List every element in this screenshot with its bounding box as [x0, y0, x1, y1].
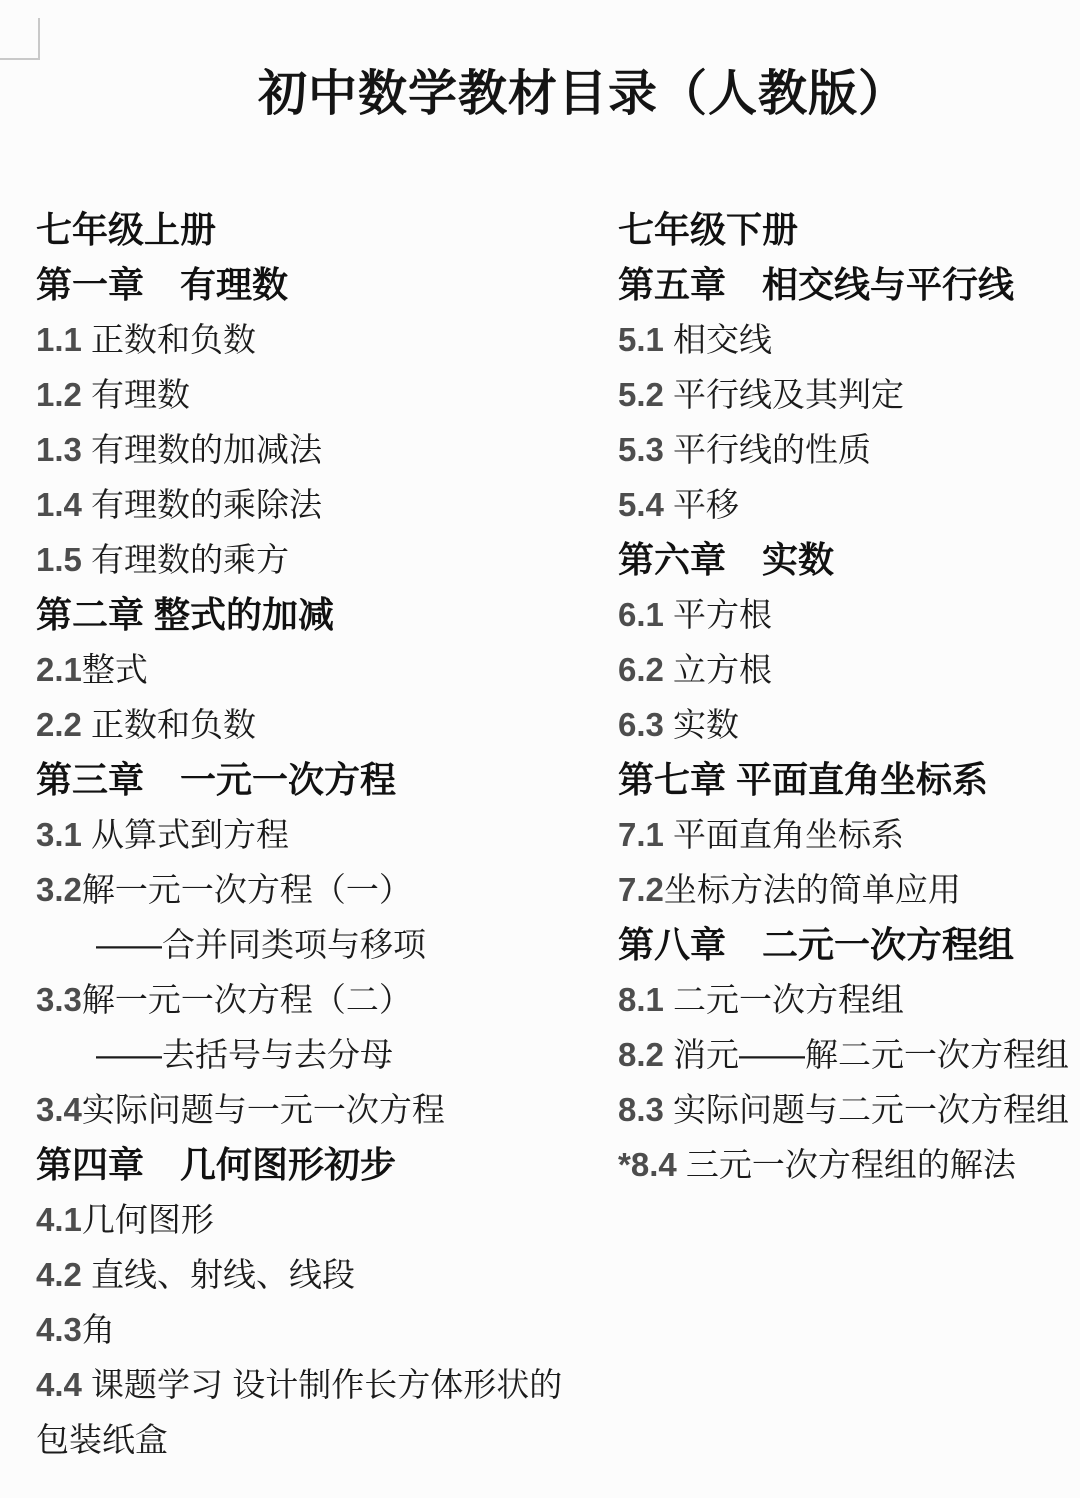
- toc-line: 2.1整式: [36, 642, 611, 697]
- toc-line: 6.2 立方根: [618, 642, 1078, 697]
- chapter-heading: 第六章 实数: [618, 532, 1078, 587]
- toc-line: 3.4实际问题与一元一次方程: [36, 1082, 611, 1137]
- toc-line: 1.3 有理数的加减法: [36, 422, 611, 477]
- section-number: 1.3: [36, 431, 82, 468]
- section-number: 1.1: [36, 321, 82, 358]
- section-number: 3.1: [36, 816, 82, 853]
- section-title: 有理数的乘方: [82, 541, 289, 578]
- section-number: 3.4: [36, 1091, 82, 1128]
- section-number: 5.2: [618, 376, 664, 413]
- toc-line: 3.1 从算式到方程: [36, 807, 611, 862]
- page-corner-mark-vertical: [38, 18, 40, 60]
- section-title: 有理数: [82, 376, 190, 413]
- section-title: 整式: [82, 651, 148, 688]
- section-title: 平行线及其判定: [664, 376, 904, 413]
- toc-line: 1.2 有理数: [36, 367, 611, 422]
- volume-heading: 七年级下册: [618, 202, 1078, 257]
- section-title: 实际问题与一元一次方程: [82, 1091, 445, 1128]
- section-number: 5.3: [618, 431, 664, 468]
- section-number: *8.4: [618, 1146, 677, 1183]
- section-title: 实际问题与二元一次方程组: [664, 1091, 1069, 1128]
- toc-line: 4.3角: [36, 1302, 611, 1357]
- section-number: 4.2: [36, 1256, 82, 1293]
- toc-line-continuation: 包装纸盒: [36, 1412, 611, 1467]
- section-title: 几何图形: [82, 1201, 214, 1238]
- section-number: 6.3: [618, 706, 664, 743]
- section-title: 立方根: [664, 651, 772, 688]
- toc-line: 5.3 平行线的性质: [618, 422, 1078, 477]
- section-title: 有理数的乘除法: [82, 486, 322, 523]
- toc-line: 3.3解一元一次方程（二）: [36, 972, 611, 1027]
- section-number: 8.1: [618, 981, 664, 1018]
- section-title: 三元一次方程组的解法: [677, 1146, 1016, 1183]
- section-title: 角: [82, 1311, 115, 1348]
- section-title: 有理数的加减法: [82, 431, 322, 468]
- section-number: 1.2: [36, 376, 82, 413]
- section-title: 相交线: [664, 321, 772, 358]
- section-number: 3.3: [36, 981, 82, 1018]
- section-number: 7.1: [618, 816, 664, 853]
- toc-line: 6.1 平方根: [618, 587, 1078, 642]
- section-title: 课题学习 设计制作长方体形状的: [82, 1366, 562, 1403]
- section-title: 消元——解二元一次方程组: [664, 1036, 1069, 1073]
- section-title: 平方根: [664, 596, 772, 633]
- toc-line: 8.2 消元——解二元一次方程组: [618, 1027, 1078, 1082]
- toc-line: 4.4 课题学习 设计制作长方体形状的: [36, 1357, 611, 1412]
- section-number: 4.3: [36, 1311, 82, 1348]
- section-number: 4.1: [36, 1201, 82, 1238]
- section-title: 从算式到方程: [82, 816, 289, 853]
- toc-line: 7.2坐标方法的简单应用: [618, 862, 1078, 917]
- section-title: 解一元一次方程（一）: [82, 871, 412, 908]
- toc-line: 7.1 平面直角坐标系: [618, 807, 1078, 862]
- section-title: 实数: [664, 706, 739, 743]
- section-number: 5.1: [618, 321, 664, 358]
- toc-line: 8.1 二元一次方程组: [618, 972, 1078, 1027]
- section-number: 7.2: [618, 871, 664, 908]
- section-title: 正数和负数: [82, 706, 256, 743]
- chapter-heading: 第二章 整式的加减: [36, 587, 611, 642]
- chapter-heading: 第五章 相交线与平行线: [618, 257, 1078, 312]
- toc-line: 5.1 相交线: [618, 312, 1078, 367]
- toc-column-grade7-vol2: 七年级下册第五章 相交线与平行线5.1 相交线5.2 平行线及其判定5.3 平行…: [618, 202, 1078, 1192]
- chapter-heading: 第七章 平面直角坐标系: [618, 752, 1078, 807]
- page-title: 初中数学教材目录（人教版）: [0, 64, 1080, 124]
- section-title: 解一元一次方程（二）: [82, 981, 412, 1018]
- section-number: 8.3: [618, 1091, 664, 1128]
- chapter-heading: 第三章 一元一次方程: [36, 752, 611, 807]
- section-number: 2.1: [36, 651, 82, 688]
- section-number: 8.2: [618, 1036, 664, 1073]
- section-title: 坐标方法的简单应用: [664, 871, 961, 908]
- section-title: 直线、射线、线段: [82, 1256, 355, 1293]
- toc-line: 4.1几何图形: [36, 1192, 611, 1247]
- section-title: 正数和负数: [82, 321, 256, 358]
- section-number: 6.1: [618, 596, 664, 633]
- volume-heading: 七年级上册: [36, 202, 611, 257]
- toc-line: 1.1 正数和负数: [36, 312, 611, 367]
- section-title: 平面直角坐标系: [664, 816, 904, 853]
- section-title: 二元一次方程组: [664, 981, 904, 1018]
- toc-line: 4.2 直线、射线、线段: [36, 1247, 611, 1302]
- toc-line-continuation: ——去括号与去分母: [36, 1027, 611, 1082]
- section-number: 1.4: [36, 486, 82, 523]
- toc-line: 3.2解一元一次方程（一）: [36, 862, 611, 917]
- section-title: 平移: [664, 486, 739, 523]
- toc-line: 1.4 有理数的乘除法: [36, 477, 611, 532]
- section-number: 4.4: [36, 1366, 82, 1403]
- section-number: 5.4: [618, 486, 664, 523]
- toc-line: 6.3 实数: [618, 697, 1078, 752]
- toc-line-continuation: ——合并同类项与移项: [36, 917, 611, 972]
- section-number: 1.5: [36, 541, 82, 578]
- page-corner-mark-horizontal: [0, 58, 40, 60]
- section-number: 2.2: [36, 706, 82, 743]
- toc-line: *8.4 三元一次方程组的解法: [618, 1137, 1078, 1192]
- toc-line: 5.2 平行线及其判定: [618, 367, 1078, 422]
- section-number: 3.2: [36, 871, 82, 908]
- toc-line: 2.2 正数和负数: [36, 697, 611, 752]
- chapter-heading: 第一章 有理数: [36, 257, 611, 312]
- toc-line: 5.4 平移: [618, 477, 1078, 532]
- chapter-heading: 第四章 几何图形初步: [36, 1137, 611, 1192]
- toc-column-grade7-vol1: 七年级上册第一章 有理数1.1 正数和负数1.2 有理数1.3 有理数的加减法1…: [36, 202, 611, 1467]
- chapter-heading: 第八章 二元一次方程组: [618, 917, 1078, 972]
- section-number: 6.2: [618, 651, 664, 688]
- toc-line: 8.3 实际问题与二元一次方程组: [618, 1082, 1078, 1137]
- toc-line: 1.5 有理数的乘方: [36, 532, 611, 587]
- section-title: 平行线的性质: [664, 431, 871, 468]
